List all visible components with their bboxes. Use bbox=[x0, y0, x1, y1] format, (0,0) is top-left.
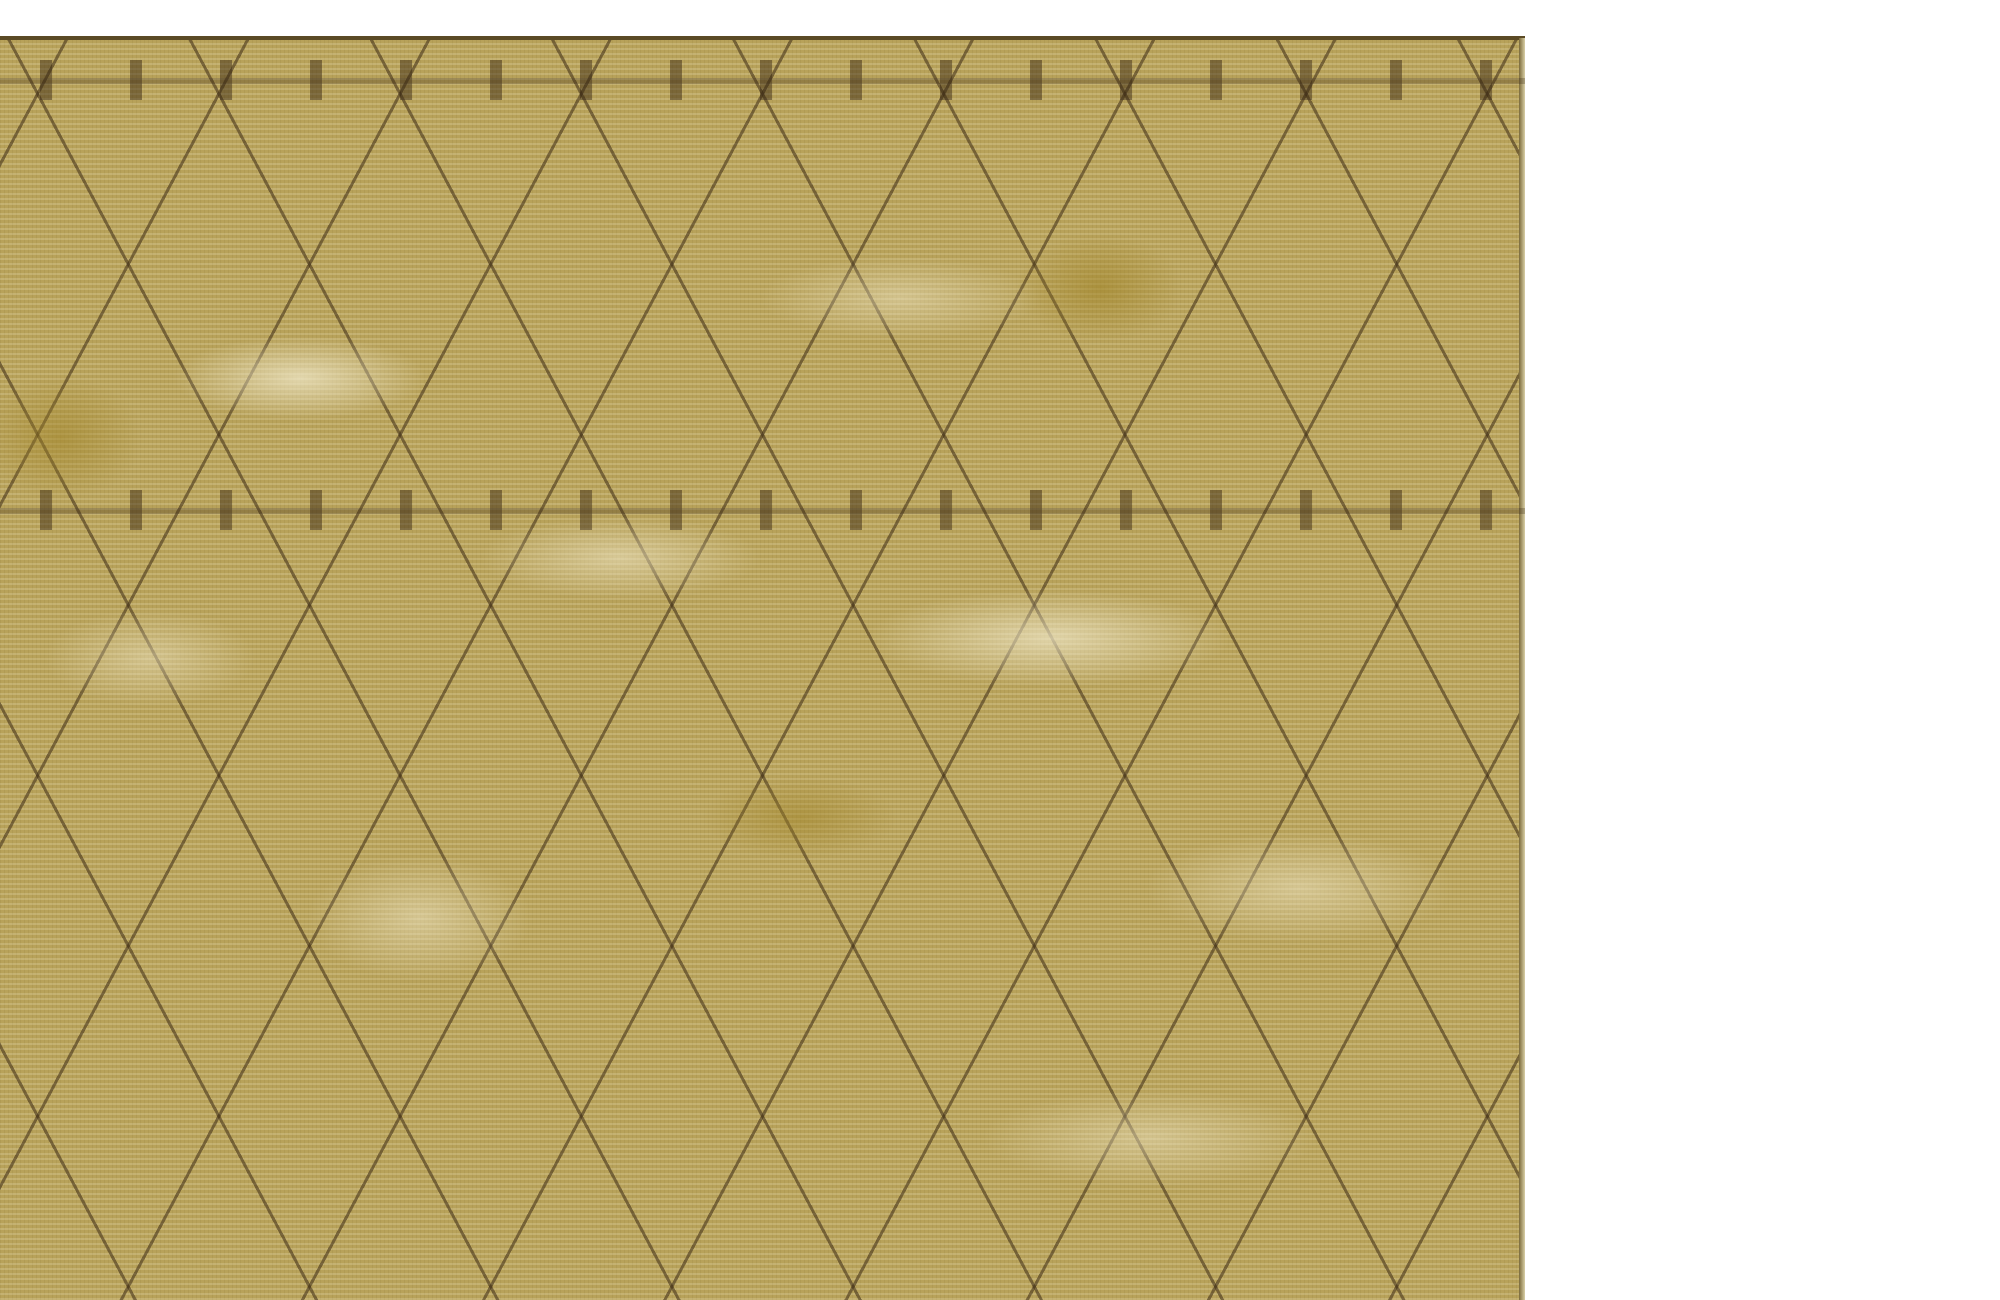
rug-right-edge bbox=[1519, 38, 1525, 1300]
rug-photo bbox=[0, 38, 1525, 1300]
rug-top-edge bbox=[0, 36, 1525, 40]
motif-band-top bbox=[0, 60, 1525, 100]
motif-band-middle bbox=[0, 490, 1525, 530]
